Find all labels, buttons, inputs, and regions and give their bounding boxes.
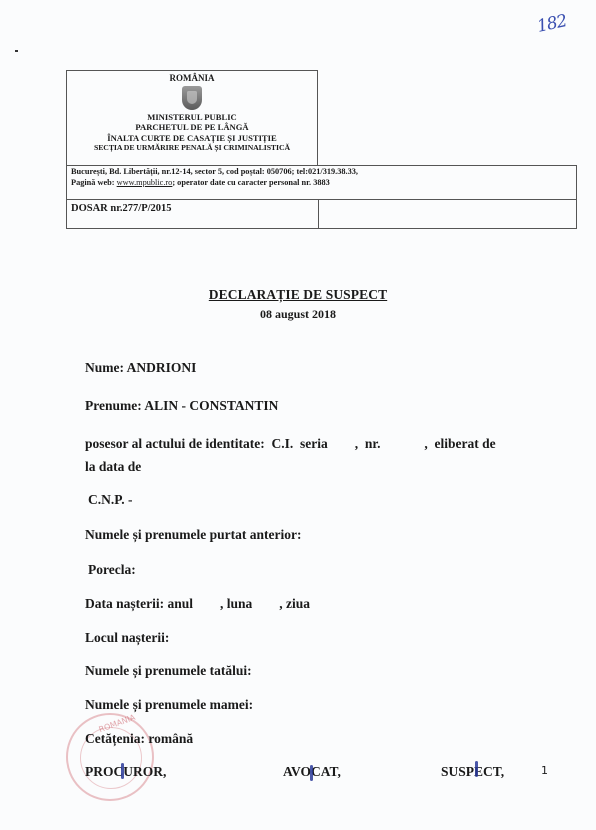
section-name: SECȚIA DE URMĂRIRE PENALĂ ȘI CRIMINALIST…: [67, 143, 317, 154]
signature-suspect: SUSPECT,: [441, 764, 504, 780]
signature-procuror: PROCUROR,: [85, 764, 166, 780]
scan-speck: [15, 50, 18, 52]
field-data-nasterii: Data nașterii: anul , luna , ziua: [85, 596, 310, 612]
institution-line-2: PARCHETUL DE PE LÂNGĂ: [67, 122, 317, 133]
page-number: 1: [541, 764, 548, 777]
document-title-block: DECLARAȚIE DE SUSPECT 08 august 2018: [0, 287, 596, 322]
field-prenume: Prenume: ALIN - CONSTANTIN: [85, 398, 278, 414]
field-nume-anterior: Numele și prenumele purtat anterior:: [85, 527, 301, 543]
document-date: 08 august 2018: [0, 307, 596, 322]
dosar-number: DOSAR nr.277/P/2015: [67, 200, 319, 228]
country-name: ROMÂNIA: [67, 73, 317, 84]
field-identity-line-1: posesor al actului de identitate: C.I. s…: [85, 436, 496, 452]
field-tatal: Numele și prenumele tatălui:: [85, 663, 252, 679]
coat-of-arms-icon: [182, 86, 202, 110]
address-line-1: București, Bd. Libertății, nr.12-14, sec…: [71, 167, 572, 178]
field-cnp: C.N.P. -: [88, 492, 133, 508]
web-label: Pagină web:: [71, 178, 117, 187]
official-stamp: ROMANIA: [66, 713, 154, 801]
signature-mark-avocat: [310, 765, 313, 781]
institution-line-3: ÎNALTA CURTE DE CASAȚIE ȘI JUSTIȚIE: [67, 133, 317, 144]
letterhead-address-cell: București, Bd. Libertății, nr.12-14, sec…: [66, 165, 577, 200]
field-identity-line-2: la data de: [85, 459, 141, 475]
field-nume: Nume: ANDRIONI: [85, 360, 196, 376]
handwritten-page-number: 182: [535, 11, 568, 37]
institution-line-1: MINISTERUL PUBLIC: [67, 112, 317, 123]
operator-text: ; operator date cu caracter personal nr.…: [172, 178, 329, 187]
letterhead-institution-cell: ROMÂNIA MINISTERUL PUBLIC PARCHETUL DE P…: [66, 70, 318, 165]
dosar-row: DOSAR nr.277/P/2015: [66, 199, 577, 229]
website-link[interactable]: www.mpublic.ro: [117, 178, 173, 187]
signature-mark-suspect: [475, 761, 478, 777]
field-porecla: Porecla:: [88, 562, 136, 578]
field-mama: Numele și prenumele mamei:: [85, 697, 253, 713]
address-line-2: Pagină web: www.mpublic.ro; operator dat…: [71, 178, 572, 189]
signature-mark-procuror: [121, 763, 124, 779]
field-locul-nasterii: Locul nașterii:: [85, 630, 169, 646]
field-cetatenia: Cetățenia: română: [85, 731, 193, 747]
document-title: DECLARAȚIE DE SUSPECT: [0, 287, 596, 303]
